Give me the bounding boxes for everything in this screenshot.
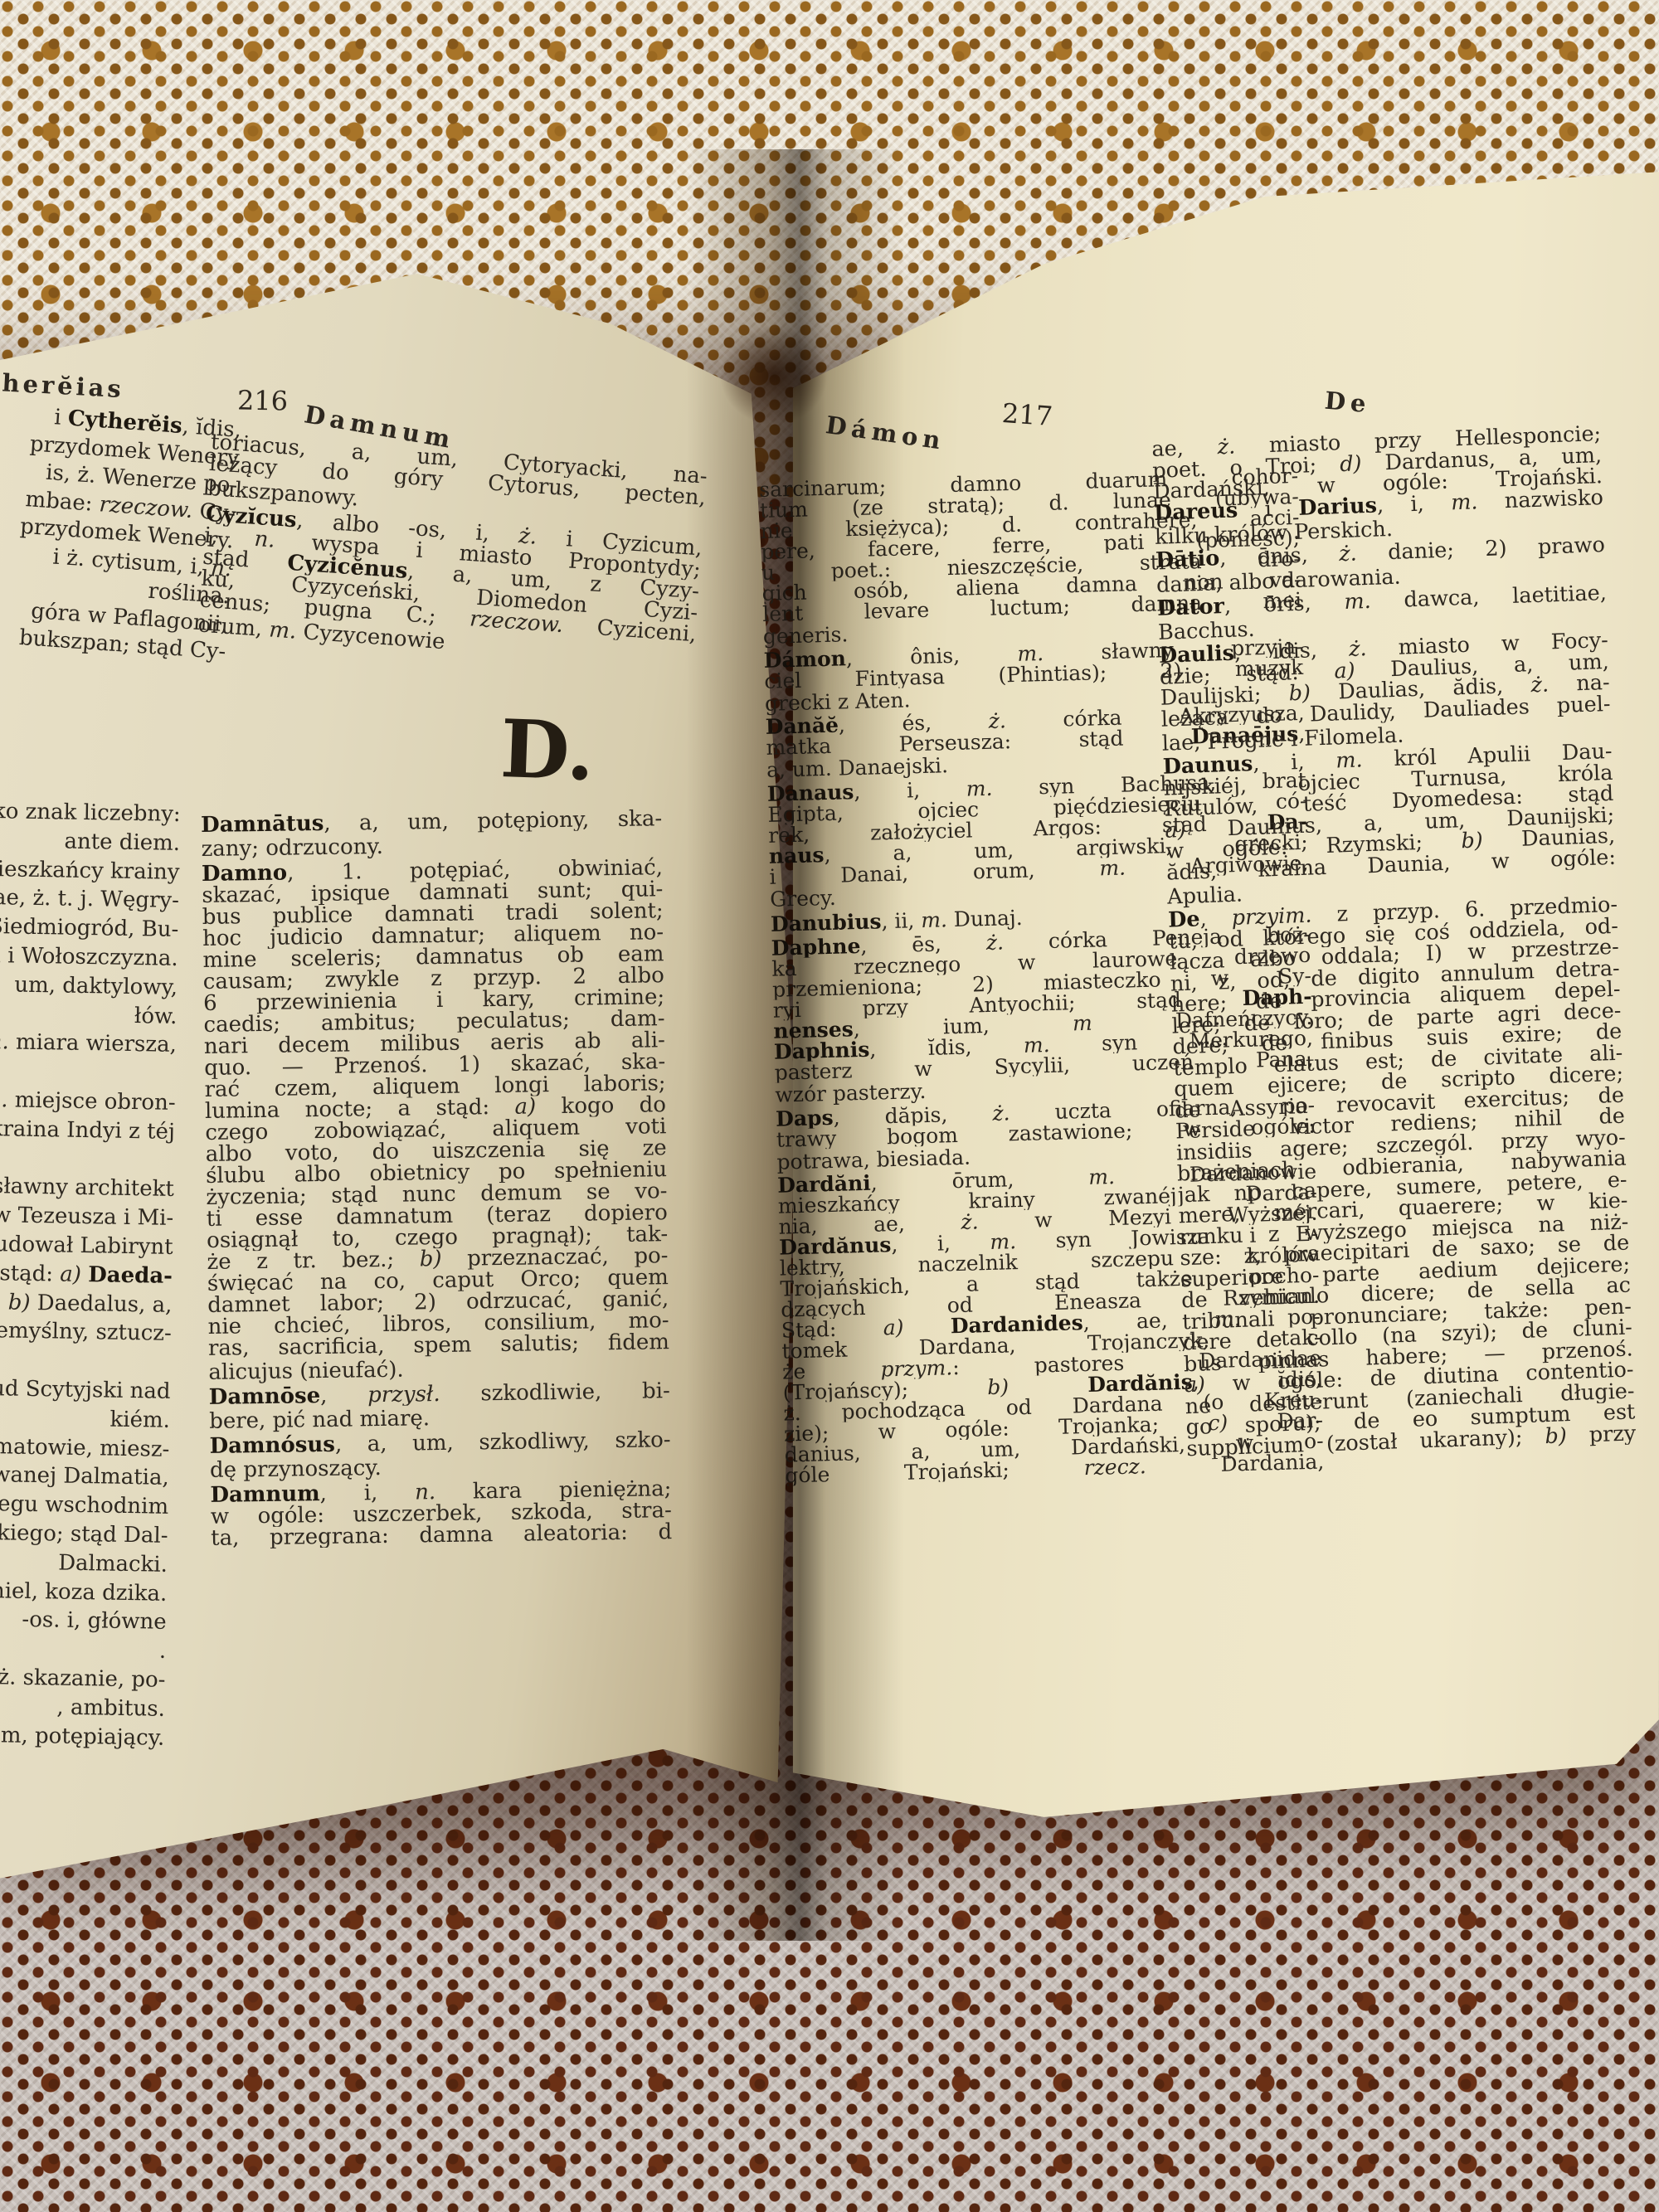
left-column-1-lower: ako znak liczebny:ante diem.mieszkańcy k… [0, 793, 181, 1753]
spine-top-notch [720, 325, 828, 425]
photo-of-open-dictionary: herĕias 216 Damnum i Cytherĕis, ĭdis,prz… [0, 0, 1659, 2212]
left-column-2-upper: toriacus, a, um, Cytoryacki, na-leżący d… [197, 431, 708, 673]
right-column-2: ae, ż. miasto przy Hellesponcie;poet. o … [1151, 424, 1637, 1461]
right-running-head-right: De [1324, 386, 1372, 419]
section-letter-heading: D. [446, 700, 649, 800]
left-column-2-lower: Damnātus, a, um, potępiony, ska-zany; od… [201, 808, 672, 1549]
left-page-number: 216 [237, 384, 289, 416]
right-page-number: 217 [1001, 397, 1054, 432]
